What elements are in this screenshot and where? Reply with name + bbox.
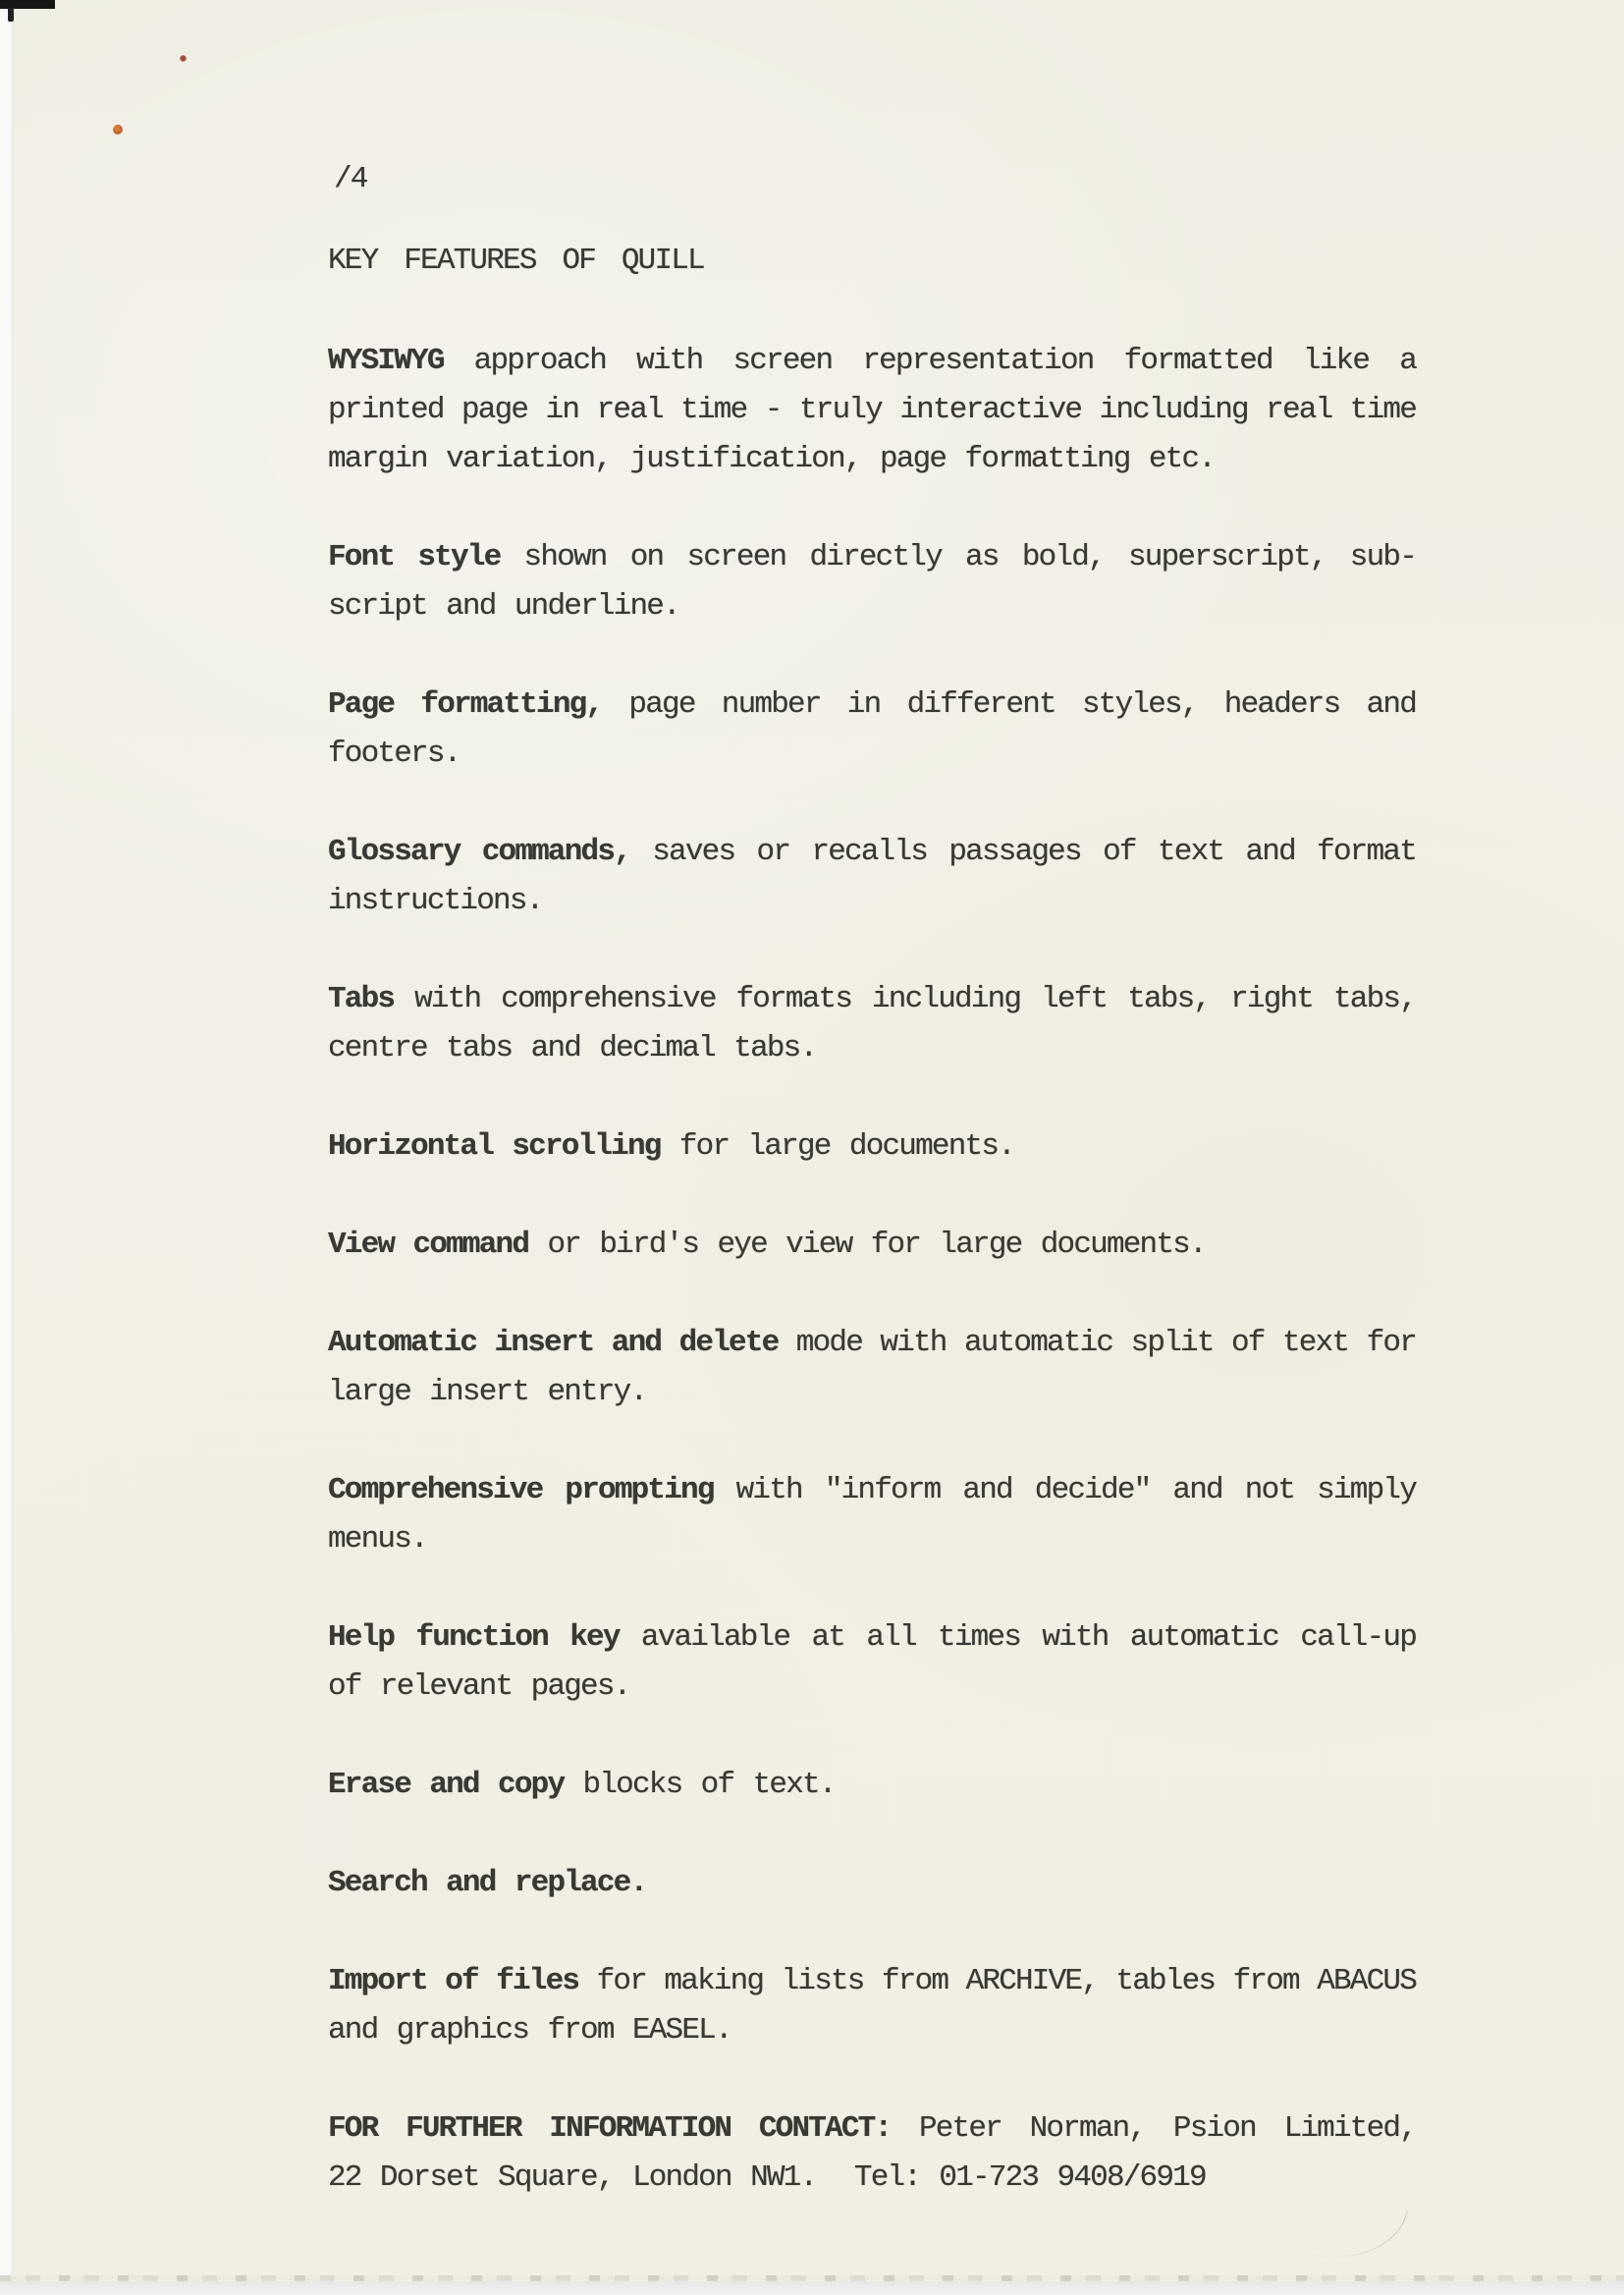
bold-lead-in: Horizontal scrolling xyxy=(328,1129,661,1164)
bold-lead-in: Automatic insert and delete xyxy=(328,1326,778,1360)
ink-speck xyxy=(180,55,187,62)
paragraph-8-line-1: Automatic insert and delete mode with au… xyxy=(328,1319,1416,1368)
paragraph-13-line-1: Import of files for making lists from AR… xyxy=(328,1957,1416,2006)
left-edge-strip xyxy=(0,0,14,2295)
bottom-edge-strip xyxy=(0,2281,1624,2295)
bold-lead-in: View command xyxy=(328,1228,528,1262)
paragraph-10-line-2: of relevant pages. xyxy=(328,1663,1416,1712)
paragraph-7-line-1: View command or bird's eye view for larg… xyxy=(328,1221,1416,1270)
paragraph-10-line-1: Help function key available at all times… xyxy=(328,1613,1416,1663)
bold-lead-in: Import of files xyxy=(328,1964,578,1998)
paragraph-6-line-1: Horizontal scrolling for large documents… xyxy=(328,1122,1416,1172)
document-heading: KEY FEATURES OF QUILL xyxy=(328,237,1416,286)
paragraph-1-line-3: margin variation, justification, page fo… xyxy=(328,435,1416,484)
bold-lead-in: Page formatting, xyxy=(328,687,602,722)
scanner-corner-mark xyxy=(8,8,14,22)
paragraph-9-line-2: menus. xyxy=(328,1515,1416,1564)
bold-lead-in: FOR FURTHER INFORMATION CONTACT: xyxy=(328,2111,891,2146)
paragraph-2-line-1: Font style shown on screen directly as b… xyxy=(328,533,1416,582)
paragraph-4-line-2: instructions. xyxy=(328,877,1416,926)
paragraph-3-line-1: Page formatting, page number in differen… xyxy=(328,681,1416,730)
bold-lead-in: Comprehensive prompting xyxy=(328,1473,714,1507)
paragraph-5-line-2: centre tabs and decimal tabs. xyxy=(328,1024,1416,1073)
bold-lead-in: Tabs xyxy=(328,982,394,1016)
paragraph-1-line-1: WYSIWYG approach with screen representat… xyxy=(328,337,1416,386)
paragraph-9-line-1: Comprehensive prompting with "inform and… xyxy=(328,1466,1416,1515)
page-number: /4 xyxy=(334,155,1422,204)
scanned-page: /4 KEY FEATURES OF QUILL WYSIWYG approac… xyxy=(0,0,1624,2295)
bold-lead-in: Glossary commands, xyxy=(328,835,630,869)
paragraph-5-line-1: Tabs with comprehensive formats includin… xyxy=(328,975,1416,1024)
paragraph-2-line-2: script and underline. xyxy=(328,582,1416,631)
paragraph-8-line-2: large insert entry. xyxy=(328,1368,1416,1417)
paragraph-12-line-1: Search and replace. xyxy=(328,1859,1416,1908)
paragraph-14-line-1: FOR FURTHER INFORMATION CONTACT: Peter N… xyxy=(328,2104,1416,2154)
paragraph-11-line-1: Erase and copy blocks of text. xyxy=(328,1761,1416,1810)
bold-lead-in: Erase and copy xyxy=(328,1768,564,1802)
paragraph-13-line-2: and graphics from EASEL. xyxy=(328,2006,1416,2055)
red-ink-dot xyxy=(113,125,123,135)
paragraph-1-line-2: printed page in real time - truly intera… xyxy=(328,386,1416,435)
bold-lead-in: Search and replace. xyxy=(328,1866,646,1900)
paragraph-3-line-2: footers. xyxy=(328,730,1416,779)
paragraph-14-line-2: 22 Dorset Square, London NW1. Tel: 01-72… xyxy=(328,2154,1416,2203)
bold-lead-in: WYSIWYG xyxy=(328,344,444,378)
bold-lead-in: Font style xyxy=(328,540,500,574)
bold-lead-in: Help function key xyxy=(328,1620,620,1655)
paragraph-4-line-1: Glossary commands, saves or recalls pass… xyxy=(328,828,1416,877)
